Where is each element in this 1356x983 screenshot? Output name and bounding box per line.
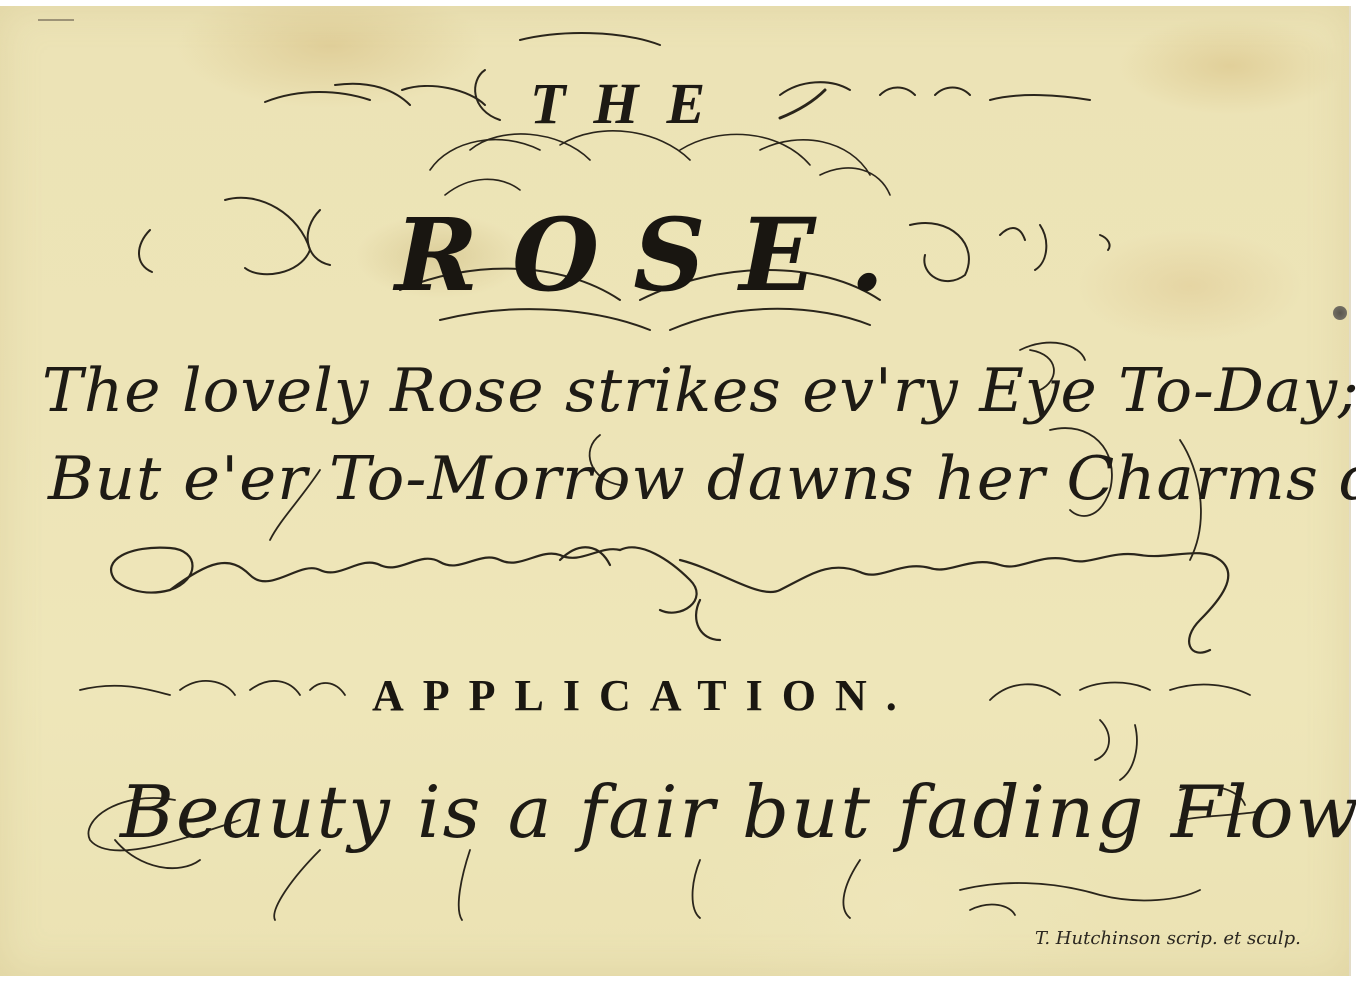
flourish-rose-crown xyxy=(430,131,890,195)
moral-line: Beauty is a fair but fading Flower. xyxy=(120,770,1356,854)
engraver-credit: T. Hutchinson scrip. et sculp. xyxy=(1035,928,1301,949)
verse-line-1: The lovely Rose strikes ev'ry Eye To-Day… xyxy=(42,356,1356,426)
title-the: THE xyxy=(530,70,733,137)
verse-line-2: But e'er To-Morrow dawns her Charms deca… xyxy=(48,444,1356,514)
wave-divider xyxy=(111,547,1228,652)
application-heading: APPLICATION. xyxy=(372,670,916,721)
title-rose: ROSE. xyxy=(395,196,918,314)
